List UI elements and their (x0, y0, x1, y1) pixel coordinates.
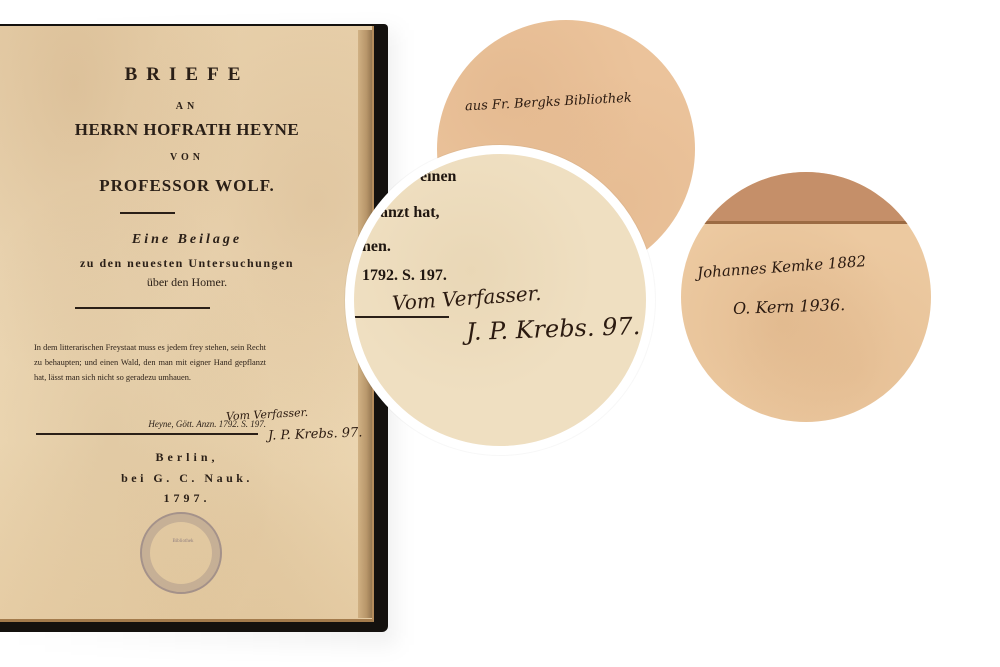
zoomed-dedication: Vom Verfasser. (391, 281, 542, 315)
zoom-circle-dedication: einen anzt hat, hen. 1792. S. 197. Vom V… (345, 145, 655, 455)
divider-rule (75, 307, 210, 309)
divider-rule (354, 316, 449, 318)
imprint-year: 1797. (0, 491, 374, 506)
cover-band (681, 172, 931, 224)
library-stamp-icon: Bibliothek (140, 512, 222, 594)
stamp-text: Bibliothek (164, 538, 202, 545)
title-von: VON (0, 152, 374, 163)
imprint-publisher: bei G. C. Nauk. (0, 471, 374, 486)
subtitle: Eine Beilage (0, 232, 374, 248)
subtitle-line-2: zu den neuesten Untersuchungen (0, 256, 374, 271)
provenance-inscription: aus Fr. Bergks Bibliothek (465, 91, 632, 115)
book-title: BRIEFE (0, 64, 374, 86)
divider-rule (120, 212, 175, 214)
divider-rule (36, 433, 258, 435)
imprint-place: Berlin, (0, 450, 374, 465)
zoom-circle-provenance-right: Johannes Kemke 1882 O. Kern 1936. (681, 172, 931, 422)
print-fragment: einen (420, 168, 456, 186)
recipient: HERRN HOFRATH HEYNE (0, 120, 374, 140)
owner-inscription-2: O. Kern 1936. (733, 295, 846, 318)
zoomed-signature: J. P. Krebs. 97. (466, 312, 641, 346)
print-fragment: anzt hat, (380, 204, 440, 222)
print-fragment: hen. (362, 238, 391, 256)
owner-inscription-1: Johannes Kemke 1882 (697, 252, 867, 282)
subtitle-line-3: über den Homer. (0, 275, 374, 290)
motto: In dem litterarischen Freystaat muss es … (34, 340, 266, 385)
author: PROFESSOR WOLF. (0, 176, 374, 196)
print-fragment: 1792. S. 197. (362, 267, 447, 285)
title-an: AN (0, 101, 374, 112)
